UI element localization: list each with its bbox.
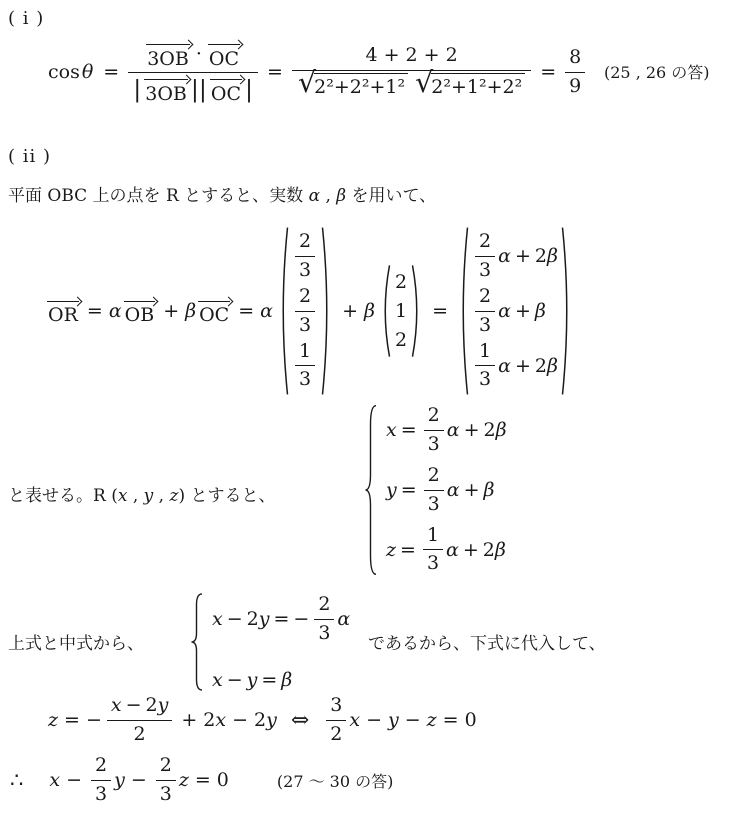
coefficient: 2 — [483, 539, 495, 561]
fraction-numerator: 1 — [475, 340, 495, 366]
equation-cos-theta: cos θ = 3OB · OC | 3OB || OC | = 4 + 2 +… — [48, 28, 588, 116]
system-equation-row: x = 23 α + 2 β — [386, 404, 507, 457]
vector-label: OC — [209, 48, 239, 70]
fraction-numerator: 3OB · OC — [140, 40, 246, 72]
minus-sign: − — [227, 608, 243, 630]
variable-beta: β — [547, 355, 558, 377]
fraction-denominator: 2 — [326, 720, 346, 747]
minus-sign: − — [293, 608, 309, 630]
fraction-denominator: 2 — [107, 720, 172, 747]
variable-x: x — [349, 709, 360, 731]
equals-sign: = — [401, 479, 417, 501]
variable-beta: β — [547, 245, 558, 267]
fraction-numerator: 8 — [565, 46, 585, 72]
variable-alpha: α — [447, 419, 460, 441]
variable-z: z — [179, 769, 189, 791]
variable-beta: β — [185, 300, 196, 322]
therefore-symbol: ∴ — [10, 768, 23, 792]
variable-y: y — [266, 709, 277, 731]
zero: 0 — [465, 709, 477, 731]
fraction-denominator: 3 — [295, 311, 315, 338]
equals-sign: = — [195, 769, 211, 791]
radicand: 2²+1²+2² — [431, 73, 525, 100]
variable-beta: β — [495, 539, 506, 561]
vector-oc: OC — [208, 75, 244, 105]
curly-brace — [364, 404, 378, 576]
variable-z: z — [48, 709, 58, 731]
answer-note-25-26: (25 , 26 の答) — [604, 60, 710, 83]
vector-oc: OC — [206, 40, 242, 70]
right-paren — [411, 264, 423, 358]
cos-function: cos — [48, 61, 80, 83]
equation-or-vector: OR = α OB + β OC = α 23 23 13 + β 2 1 2 — [45, 224, 576, 398]
variable-z: z — [386, 539, 396, 561]
vector-entry: 2 — [395, 329, 407, 351]
fraction: 23 — [156, 754, 176, 807]
system-rows: x − 2 y = − 23 α x − y = β — [212, 593, 350, 691]
fraction-denominator: 3 — [475, 256, 495, 283]
entry-fraction: 23 — [475, 230, 495, 283]
equals-sign: = — [64, 709, 80, 731]
plus-sign: + — [515, 245, 531, 267]
text-from-equations: 上式と中式から、 — [8, 629, 144, 654]
system-equation-row: z = 13 α + 2 β — [386, 524, 506, 577]
equals-sign: = — [540, 61, 556, 83]
variable-beta: β — [484, 479, 495, 501]
fraction: 23 — [314, 593, 334, 646]
fraction: 23 — [91, 754, 111, 807]
fraction: 13 — [423, 524, 443, 577]
plus-sign: + — [464, 479, 480, 501]
fraction-denominator: | 3OB || OC | — [128, 72, 258, 105]
column-vector-oc: 2 1 2 — [379, 264, 423, 358]
variable-alpha: α — [337, 608, 350, 630]
equals-sign: = — [238, 300, 254, 322]
variable-alpha: α — [447, 479, 460, 501]
variable-x: x — [215, 709, 226, 731]
math-solution-page: ( i ) cos θ = 3OB · OC | 3OB || OC | = 4… — [0, 0, 753, 814]
section-label-ii: ( ii ) — [8, 146, 51, 167]
text-segment: , — [320, 186, 336, 206]
vector-entry: 2 — [395, 271, 407, 293]
variable-x: x — [212, 669, 223, 691]
variable-beta: β — [496, 419, 507, 441]
minus-sign: − — [126, 694, 142, 718]
minus-sign: − — [232, 709, 248, 731]
vector-3ob: 3OB — [144, 40, 192, 70]
vector-label: OB — [125, 304, 155, 326]
equals-sign: = — [87, 300, 103, 322]
variable-alpha: α — [498, 300, 511, 322]
vector-entry: 1 — [395, 300, 407, 322]
vector-label: 3OB — [147, 48, 189, 70]
fraction-denominator: 3 — [295, 256, 315, 283]
fraction-denominator: 3 — [475, 365, 495, 392]
fraction-numerator: 1 — [295, 340, 315, 366]
variable-alpha: α — [498, 245, 511, 267]
vector-entry-row: 23 α + β — [472, 285, 546, 338]
fraction-denominator: 3 — [314, 619, 334, 646]
column-vector-ob: 23 23 13 — [277, 225, 333, 397]
system-equation-row: x − 2 y = − 23 α — [212, 593, 350, 646]
fraction-denominator: 3 — [424, 490, 444, 517]
dot-operator: · — [196, 43, 202, 67]
equals-sign: = — [400, 539, 416, 561]
vector-3ob: 3OB — [142, 75, 190, 105]
fraction-denominator: 3 — [475, 311, 495, 338]
coefficient: 2 — [484, 419, 496, 441]
variable-y: y — [247, 669, 258, 691]
fraction-numerator: 2 — [295, 230, 315, 256]
vector-label: OC — [199, 304, 229, 326]
variable-x: x — [386, 419, 397, 441]
variable-beta: β — [281, 669, 292, 691]
zero: 0 — [217, 769, 229, 791]
variable-alpha: α — [309, 186, 320, 206]
column-vector-result: 23 α + 2 β 23 α + β 13 α + 2 — [457, 225, 573, 397]
variable-alpha: α — [260, 300, 273, 322]
coefficient: 2 — [203, 709, 215, 731]
fraction-numerator: 2 — [424, 464, 444, 490]
vector-label: 3OB — [145, 83, 187, 105]
fraction-norms: 4 + 2 + 2 √2²+2²+1² √2²+1²+2² — [292, 44, 531, 100]
iff-arrow: ⇔ — [291, 708, 309, 733]
abs-bars: || — [191, 78, 207, 102]
plus-sign: + — [342, 300, 358, 322]
minus-sign: − — [131, 769, 147, 791]
text-segment: を用いて、 — [346, 186, 436, 206]
answer-note-27-30: (27 ～ 30 の答) — [277, 769, 393, 792]
equation-z: z = − x − 2 y 2 + 2 x − 2 y ⇔ 32 x − y −… — [48, 690, 477, 750]
system-equation-row: x − y = β — [212, 669, 292, 691]
vector-entry-row: 13 α + 2 β — [472, 340, 558, 393]
left-paren — [457, 225, 469, 397]
text-segment: と表せる。R ( — [8, 486, 118, 506]
equals-sign: = — [261, 669, 277, 691]
variable-y: y — [388, 709, 399, 731]
entry-fraction: 13 — [295, 340, 315, 393]
plus-sign: + — [515, 355, 531, 377]
fraction-numerator: 1 — [423, 524, 443, 550]
variable-x: x — [49, 769, 60, 791]
paragraph-plane-obc: 平面 OBC 上の点を R とすると、実数 α , β を用いて、 — [8, 181, 436, 206]
right-paren — [321, 225, 333, 397]
variable-y: y — [144, 486, 154, 506]
minus-sign: − — [366, 709, 382, 731]
coefficient: 2 — [146, 694, 158, 718]
variable-y: y — [259, 608, 270, 630]
fraction-denominator: 9 — [565, 72, 585, 99]
vector-entries: 23 23 13 — [289, 225, 321, 397]
fraction: 23 — [424, 464, 444, 517]
minus-sign: − — [86, 709, 102, 731]
fraction-numerator: 2 — [475, 285, 495, 311]
vector-or: OR — [45, 296, 81, 326]
vector-entries: 23 α + 2 β 23 α + β 13 α + 2 — [469, 225, 561, 397]
variable-theta: θ — [82, 61, 93, 83]
variable-alpha: α — [109, 300, 122, 322]
entry-fraction: 23 — [475, 285, 495, 338]
equals-sign: = — [267, 61, 283, 83]
text-segment: ) とすると、 — [178, 486, 275, 506]
variable-x: x — [118, 486, 128, 506]
vector-label: OC — [211, 83, 241, 105]
entry-fraction: 23 — [295, 230, 315, 283]
system-rows: x = 23 α + 2 β y = 23 α + β z = 13 — [386, 404, 507, 576]
text-segment: , — [127, 486, 143, 506]
fraction-numerator: 4 + 2 + 2 — [361, 44, 461, 70]
fraction: 23 — [424, 404, 444, 457]
fraction-numerator: 2 — [424, 404, 444, 430]
variable-alpha: α — [498, 355, 511, 377]
fraction-denominator: √2²+2²+1² √2²+1²+2² — [292, 70, 531, 100]
variable-x: x — [111, 694, 122, 718]
plus-sign: + — [163, 300, 179, 322]
fraction-denominator: 3 — [295, 365, 315, 392]
equals-sign: = — [432, 300, 448, 322]
entry-fraction: 13 — [475, 340, 495, 393]
minus-sign: − — [405, 709, 421, 731]
fraction-numerator: 2 — [295, 285, 315, 311]
fraction-numerator: 3 — [326, 694, 346, 720]
entry-fraction: 23 — [295, 285, 315, 338]
plus-sign: + — [463, 539, 479, 561]
fraction-denominator: 3 — [156, 780, 176, 807]
coefficient: 2 — [254, 709, 266, 731]
equals-sign: = — [401, 419, 417, 441]
variable-x: x — [212, 608, 223, 630]
equals-sign: = — [103, 61, 119, 83]
text-substitute: であるから、下式に代入して、 — [368, 629, 606, 654]
coefficient: 2 — [247, 608, 259, 630]
variable-beta: β — [336, 186, 346, 206]
fraction-numerator: 2 — [156, 754, 176, 780]
minus-sign: − — [227, 669, 243, 691]
radicand: 2²+2²+1² — [314, 73, 408, 100]
fraction-denominator: 3 — [91, 780, 111, 807]
system-equation-row: y = 23 α + β — [386, 464, 495, 517]
left-paren — [379, 264, 391, 358]
variable-beta: β — [364, 300, 375, 322]
vector-oc: OC — [196, 296, 232, 326]
fraction-dot-product: 3OB · OC | 3OB || OC | — [128, 40, 258, 105]
variable-y: y — [114, 769, 125, 791]
fraction-numerator: x − 2 y — [107, 694, 172, 720]
variable-z: z — [427, 709, 437, 731]
fraction-result: 8 9 — [565, 46, 585, 99]
abs-bar: | — [133, 78, 141, 102]
abs-bar: | — [245, 78, 253, 102]
coefficient: 2 — [535, 355, 547, 377]
minus-sign: − — [66, 769, 82, 791]
square-root: √2²+2²+1² — [298, 73, 408, 100]
vector-label: OR — [48, 304, 78, 326]
fraction-numerator: 2 — [475, 230, 495, 256]
vector-entries: 2 1 2 — [391, 264, 411, 358]
text-segment: 平面 OBC 上の点を R とすると、実数 — [8, 186, 309, 206]
system-alpha-beta: x − 2 y = − 23 α x − y = β — [190, 593, 350, 691]
section-label-i: ( i ) — [8, 8, 44, 29]
coefficient: 2 — [535, 245, 547, 267]
fraction-denominator: 3 — [424, 430, 444, 457]
variable-alpha: α — [446, 539, 459, 561]
variable-y: y — [158, 694, 169, 718]
paragraph-r-xyz: と表せる。R (x , y , z) とすると、 — [8, 481, 276, 506]
right-paren — [561, 225, 573, 397]
text-segment: , — [153, 486, 169, 506]
equals-sign: = — [443, 709, 459, 731]
fraction-numerator: 2 — [314, 593, 334, 619]
square-root: √2²+1²+2² — [415, 73, 525, 100]
fraction: x − 2 y 2 — [107, 694, 172, 747]
curly-brace — [190, 593, 204, 691]
system-xyz: x = 23 α + 2 β y = 23 α + β z = 13 — [364, 404, 507, 576]
fraction: 32 — [326, 694, 346, 747]
fraction-denominator: 3 — [423, 549, 443, 576]
plus-sign: + — [464, 419, 480, 441]
equals-sign: = — [273, 608, 289, 630]
plus-sign: + — [181, 709, 197, 731]
vector-entry-row: 23 α + 2 β — [472, 230, 558, 283]
final-answer-line: ∴ x − 23 y − 23 z = 0 (27 ～ 30 の答) — [10, 750, 393, 810]
vector-ob: OB — [122, 296, 158, 326]
fraction-numerator: 2 — [91, 754, 111, 780]
variable-beta: β — [535, 300, 546, 322]
variable-y: y — [386, 479, 397, 501]
plus-sign: + — [515, 300, 531, 322]
left-paren — [277, 225, 289, 397]
